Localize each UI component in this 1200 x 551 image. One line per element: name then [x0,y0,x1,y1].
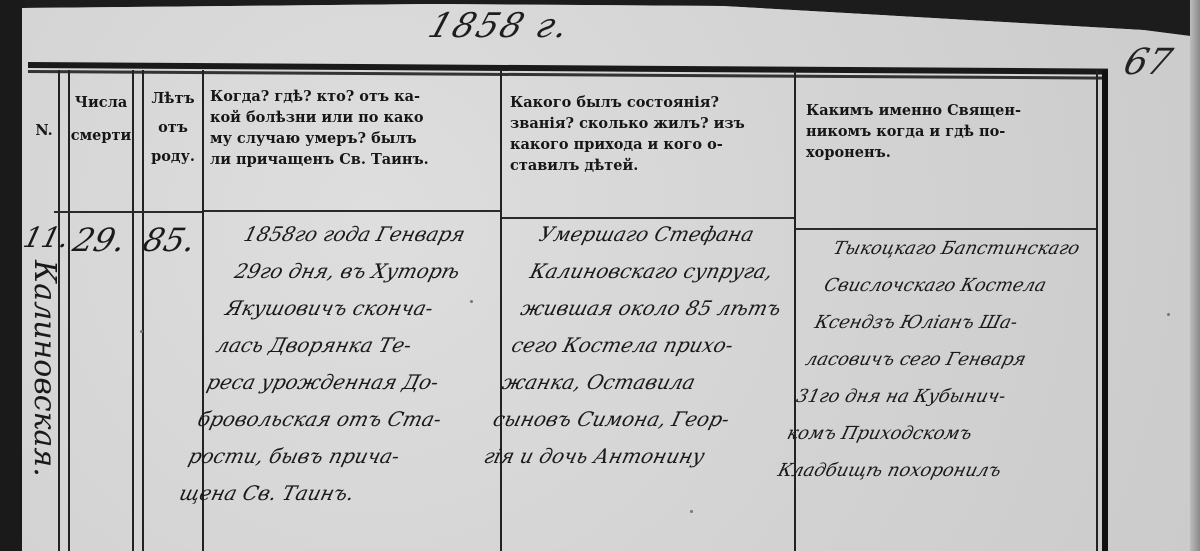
status-text: Умершаго Стефана Калиновскаго супруга, ж… [480,216,804,475]
right-border-thick [1102,70,1108,551]
paper-speck [470,300,473,303]
header-cause: Когда? гдѣ? кто? отъ ка- кой болѣзни или… [210,86,500,170]
entry-number: 11. [19,218,74,258]
column-divider [1096,70,1098,551]
header-status: Какого былъ состоянія? званія? сколько ж… [510,92,794,176]
column-divider [132,70,134,551]
page-right-edge [1190,0,1200,551]
date-of-death-value: 29. [69,220,130,260]
header-burial: Какимъ именно Священ- никомъ когда и гдѣ… [806,100,1096,163]
column-divider [500,70,502,551]
header-age: Лѣтъ отъ роду. [144,88,202,167]
paper-speck [140,330,143,333]
cause-text: 1858го года Генваря 29го дня, въ Хуторѣ … [175,216,491,512]
deceased-surname-vertical: Калиновская. [27,260,62,550]
death-register-table: N. Числа смерти Лѣтъ отъ роду. Когда? гд… [26,70,1110,551]
year-heading: 1858 г. [424,6,576,46]
paper-speck [690,510,693,513]
paper-speck [1167,313,1170,316]
header-bottom-rule [204,210,500,212]
header-number: N. [30,120,58,141]
header-date-of-death: Числа смерти [70,92,132,146]
header-bottom-rule [54,211,202,213]
burial-text: Тыкоцкаго Бапстинскаго Свислочскаго Кост… [774,230,1084,489]
age-value: 85. [139,220,200,260]
